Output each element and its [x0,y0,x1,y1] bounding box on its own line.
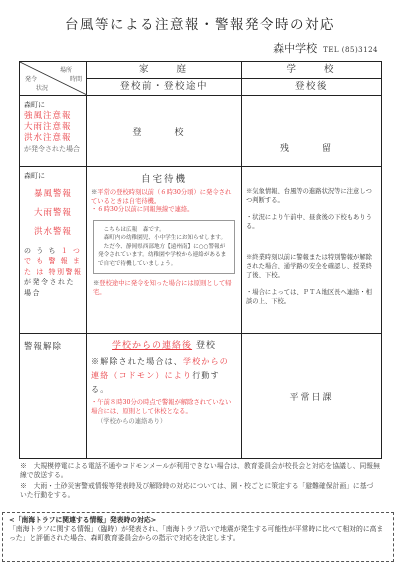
nankai-title: <「南海トラフに関連する情報」発表時の対応> [9,516,387,525]
school-cleared-action: 平常日課 [242,334,382,459]
note-before-school: 平常の登校時刻以前（６時30分頃）に発令されているときは自宅待機。 [91,189,231,205]
condition-prefix: 森町に [24,100,86,111]
condition-suffix: が発令された場合 [24,144,86,155]
home-cleared-action: 学校からの連絡後 登校 ※解除された場合は、学校からの連絡（コドモン）により行動… [87,334,242,459]
footnote-1: ※ 大規模停電による電話不通やコドモンメールが利用できない場合は、教育委員会が校… [20,462,380,480]
broadcast-line: 森町内の幼稚園児、小中学生にお知らせします。 [98,234,230,243]
corner-header: 場所 時間 発令 状況 [20,62,87,96]
contact-from-school: 学校からの連絡後 [112,341,192,351]
condition-prefix: 森町に [24,171,86,182]
condition-suffix: が発令された場合 [24,278,75,297]
go-to-school: 登校 [196,341,216,351]
page-title: 台風等による注意報・警報発令時の対応 [0,13,400,33]
nankai-body: 「南海トラフに関する情報」（臨時）が発表され、「南海トラフ沿いで地震が発生する可… [9,525,387,543]
footnote-2: ※ 大雨・土砂災害警戒情報等発表時及び解除時の対応については、園・校ごとに策定す… [20,482,380,500]
broadcast-line: こちらは広報 森です。 [98,226,230,235]
school-note: ・状況により午前中、昼食後の下校もありうる。 [246,213,377,231]
school-tel: TEL (85)3124 [323,46,378,54]
school-advisory-action: 残 留 [242,96,382,167]
note-contact: （学校からの連絡あり） [91,418,237,427]
alert-storm: 暴風警報 [24,189,86,200]
response-table: 場所 時間 発令 状況 家 庭 学 校 登校前・登校途中 登校後 森町に 強風注… [19,61,382,459]
school-warning-action: ※気象情報、台風等の進路状況等に注意しつつ判断する。 ・状況により午前中、昼食後… [242,167,382,334]
school-name: 森中学校 [273,42,317,55]
header-school-sub: 登校後 [242,79,382,96]
label-hatsurei: 発令 [25,74,37,83]
home-advisory-action: 登 校 [87,96,242,167]
label-time: 時間 [70,74,82,83]
note-closure: ・午前８時30分の時点で警報が解除されていない場合には、原則として休校となる。 [91,399,237,416]
condition-warning: 森町に 暴風警報 大雨警報 洪水警報 の う ち １ つ で も 警 報 ま た… [20,167,87,334]
condition-text: の う ち [24,247,61,255]
alert-heavy-rain-warning: 大雨警報 [24,208,86,219]
broadcast-box: こちらは広報 森です。 森町内の幼稚園児、小中学生にお知らせします。 ただ今、静… [93,220,235,275]
note-text: ※解除された場合は、 [91,357,183,366]
note-broadcast-time: ・６時30分以前に同報無線で連絡。 [91,206,237,215]
alert-strong-wind: 強風注意報 [24,111,86,122]
broadcast-line: ただ今、静岡県西部地方【遠州南】に○○警報が発令されています。幼稚園や学校から連… [98,243,230,269]
header-home-sub: 登校前・登校途中 [87,79,242,96]
condition-advisory: 森町に 強風注意報 大雨注意報 洪水注意報 が発令された場合 [20,96,87,167]
label-place: 場所 [60,65,72,74]
alert-flood: 洪水注意報 [24,133,86,144]
alert-flood-warning: 洪水警報 [24,227,86,238]
alert-heavy-rain: 大雨注意報 [24,122,86,133]
school-note: ※気象情報、台風等の進路状況等に注意しつつ判断する。 [246,187,377,205]
note-on-the-way: 登校途中に発令を知った場合には原則として帰宅。 [93,280,232,296]
school-info: 森中学校TEL (85)3124 [273,40,378,56]
school-note: ※終業時刻以前に警報または特別警報が解除された場合、通学路の安全を確認し、授業終… [246,253,377,280]
header-school: 学 校 [242,62,382,79]
home-warning-action: 自宅待機 ※平常の登校時刻以前（６時30分頃）に発令されているときは自宅待機。 … [87,167,242,334]
header-home: 家 庭 [87,62,242,79]
label-jokyo: 状況 [36,83,48,92]
home-wait-title: 自宅待機 [91,171,237,185]
school-note: ・場合によっては、ＰＴＡ地区長へ連絡・相談の上、下校。 [246,288,377,306]
nankai-trough-notice: <「南海トラフに関連する情報」発表時の対応> 「南海トラフに関する情報」（臨時）… [2,512,394,562]
condition-cleared: 警報解除 [20,334,87,459]
